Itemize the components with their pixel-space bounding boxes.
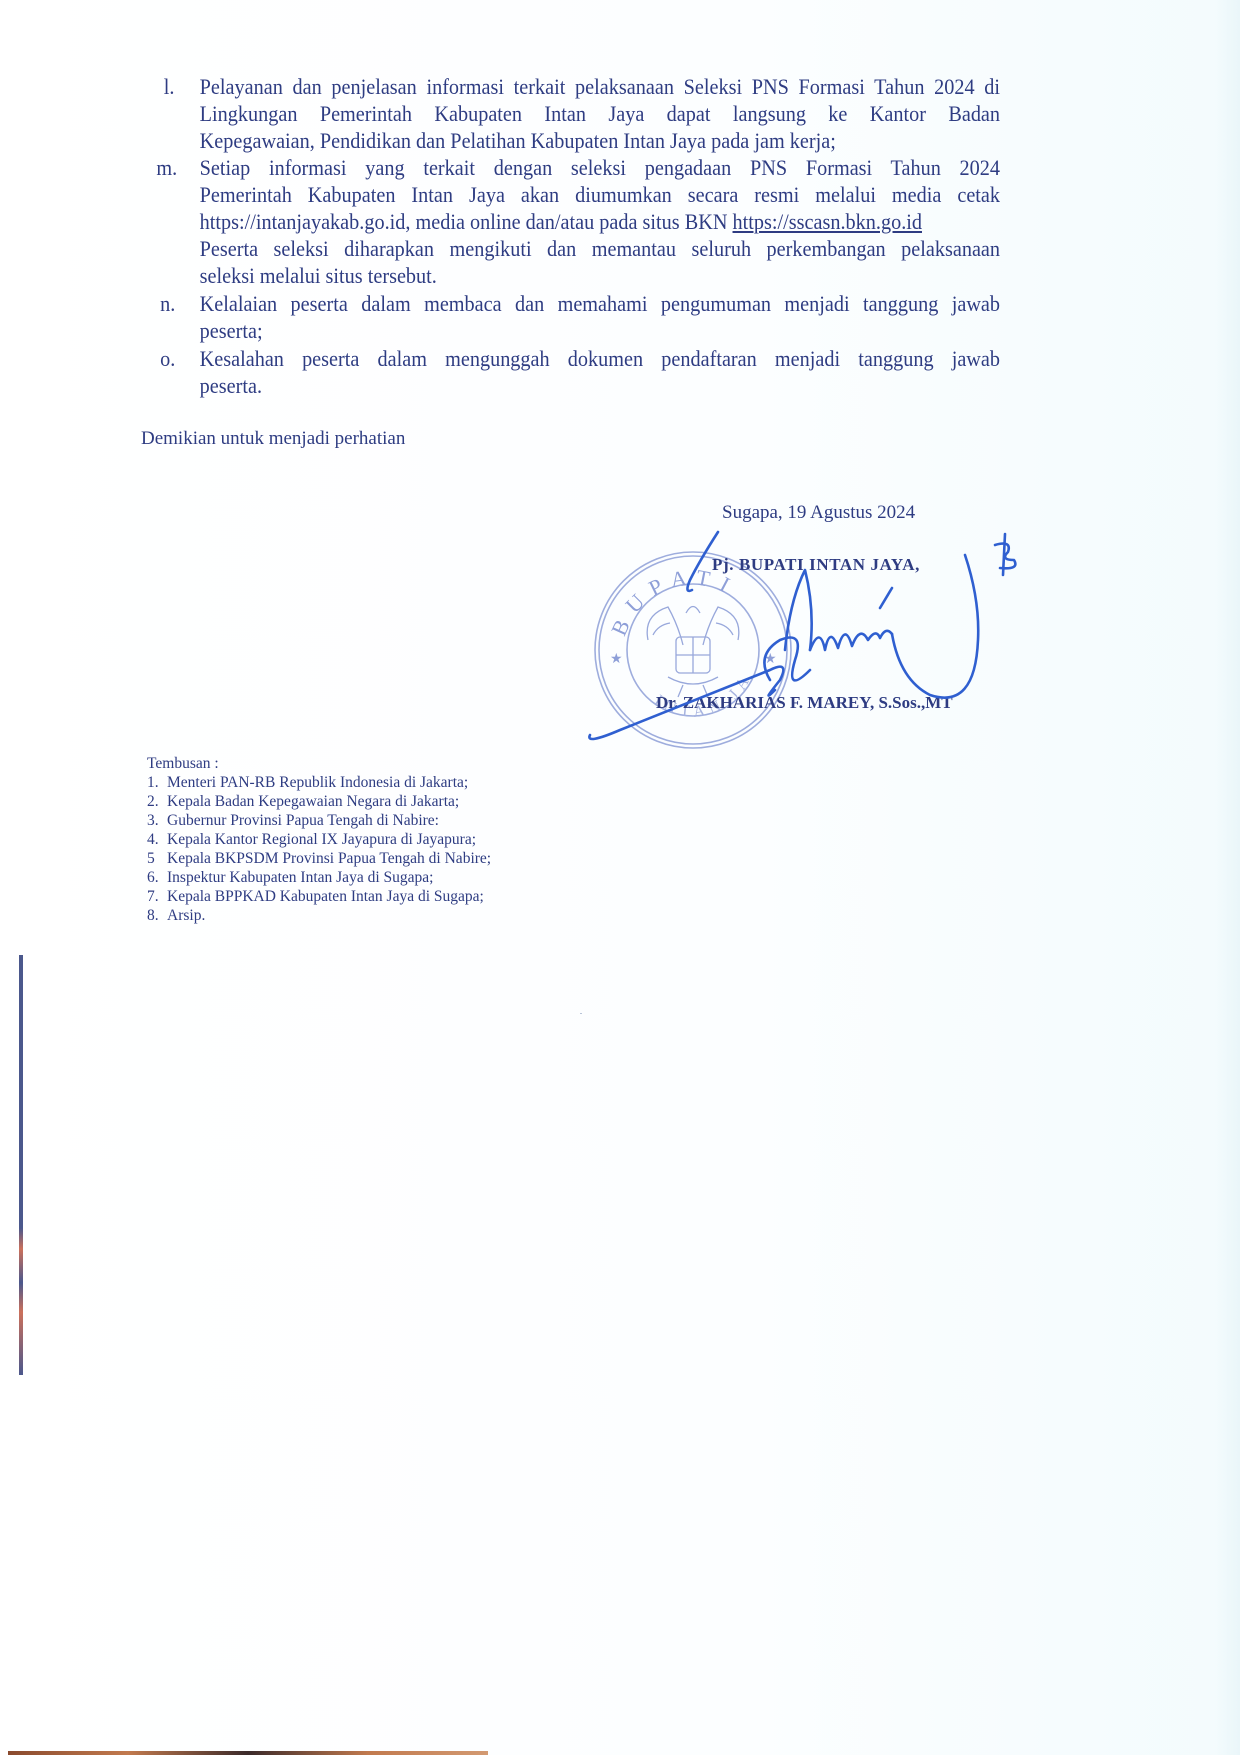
item-marker: m.: [156, 154, 177, 181]
text-line: peserta;: [200, 317, 1000, 344]
text-line: Pelayanan dan penjelasan informasi terka…: [200, 73, 1000, 100]
tembusan-item: 1.Menteri PAN-RB Republik Indonesia di J…: [147, 773, 491, 792]
text-line: Lingkungan Pemerintah Kabupaten Intan Ja…: [200, 100, 1000, 127]
text-line: Setiap informasi yang terkait dengan sel…: [200, 154, 1000, 181]
tembusan-item: 6.Inspektur Kabupaten Intan Jaya di Suga…: [147, 868, 491, 887]
text-line: Kepegawaian, Pendidikan dan Pelatihan Ka…: [200, 127, 1000, 154]
closing-statement: Demikian untuk menjadi perhatian: [141, 428, 405, 450]
handwritten-signature-icon: [580, 530, 1020, 750]
scan-bottom-edge: [8, 1751, 488, 1755]
tembusan-item: 2.Kepala Badan Kepegawaian Negara di Jak…: [147, 792, 491, 811]
tembusan-item: 5Kepala BKPSDM Provinsi Papua Tengah di …: [147, 849, 491, 868]
tembusan-item: 3.Gubernur Provinsi Papua Tengah di Nabi…: [147, 811, 491, 830]
item-marker: n.: [160, 290, 175, 317]
text-line: Kelalaian peserta dalam membaca dan mema…: [200, 290, 1000, 317]
tembusan-title: Tembusan :: [147, 754, 491, 773]
tembusan-section: Tembusan : 1.Menteri PAN-RB Republik Ind…: [147, 754, 491, 925]
sscasn-link[interactable]: https://sscasn.bkn.go.id: [733, 209, 922, 234]
text-line: https://intanjayakab.go.id, media online…: [200, 208, 1000, 235]
text-line: Pemerintah Kabupaten Intan Jaya akan diu…: [200, 181, 1000, 208]
text-line: seleksi melalui situs tersebut.: [200, 262, 1000, 289]
place-date: Sugapa, 19 Agustus 2024: [722, 502, 915, 524]
tembusan-item: 8.Arsip.: [147, 906, 491, 925]
text-line: peserta.: [200, 372, 1000, 399]
item-marker: l.: [164, 73, 175, 100]
item-text: Kesalahan peserta dalam mengunggah dokum…: [200, 345, 1000, 399]
item-text: Setiap informasi yang terkait dengan sel…: [200, 154, 1000, 289]
item-text: Pelayanan dan penjelasan informasi terka…: [200, 73, 1000, 154]
item-marker: o.: [160, 345, 175, 372]
scan-speck: [580, 1013, 582, 1014]
text-line: Kesalahan peserta dalam mengunggah dokum…: [200, 345, 1000, 372]
binding-edge: [19, 955, 23, 1375]
item-text: Kelalaian peserta dalam membaca dan mema…: [200, 290, 1000, 344]
tembusan-item: 4.Kepala Kantor Regional IX Jayapura di …: [147, 830, 491, 849]
tembusan-item: 7.Kepala BPPKAD Kabupaten Intan Jaya di …: [147, 887, 491, 906]
scan-edge-shadow: [1216, 0, 1240, 1755]
text-line: Peserta seleksi diharapkan mengikuti dan…: [200, 235, 1000, 262]
